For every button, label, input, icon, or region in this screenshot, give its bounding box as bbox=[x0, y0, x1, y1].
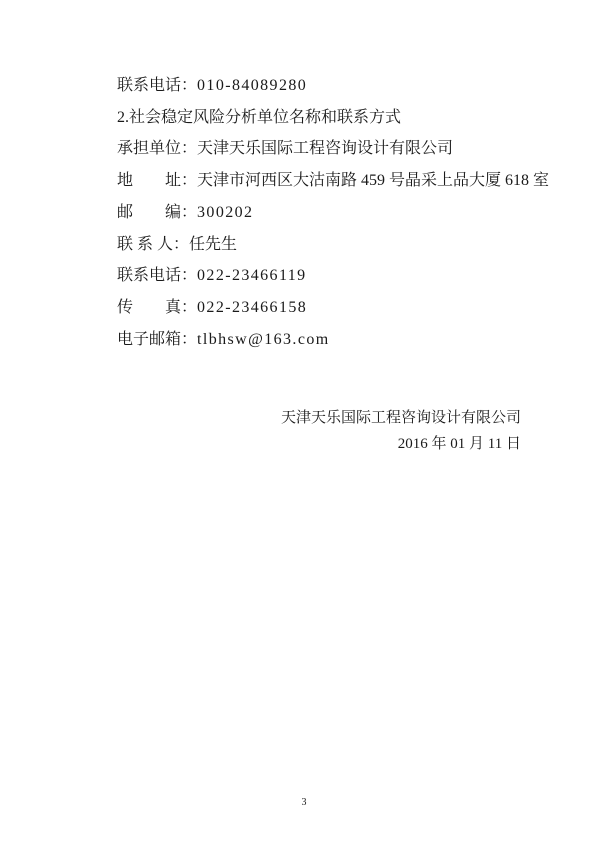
field-row-email: 电子邮箱：tlbhsw@163.com bbox=[117, 324, 557, 356]
field-value: 010-84089280 bbox=[197, 77, 307, 94]
signature-date: 2016 年 01 月 11 日 bbox=[281, 431, 521, 457]
field-row-contact-person: 联 系 人：任先生 bbox=[117, 229, 557, 261]
signature-block: 天津天乐国际工程咨询设计有限公司 2016 年 01 月 11 日 bbox=[281, 405, 521, 457]
field-row-company: 承担单位：天津天乐国际工程咨询设计有限公司 bbox=[117, 133, 557, 165]
field-row-phone-top: 联系电话：010-84089280 bbox=[117, 70, 557, 102]
signature-company: 天津天乐国际工程咨询设计有限公司 bbox=[281, 405, 521, 431]
field-label: 承担单位： bbox=[117, 140, 197, 157]
field-row-phone: 联系电话：022-23466119 bbox=[117, 260, 557, 292]
field-row-address: 地 址：天津市河西区大沽南路 459 号晶采上品大厦 618 室 bbox=[117, 165, 557, 197]
field-value: 300202 bbox=[197, 204, 253, 221]
field-label: 联系电话： bbox=[117, 77, 197, 94]
field-label: 联系电话： bbox=[117, 267, 197, 284]
field-row-fax: 传 真：022-23466158 bbox=[117, 292, 557, 324]
section-heading: 2.社会稳定风险分析单位名称和联系方式 bbox=[117, 102, 557, 134]
field-value: 022-23466158 bbox=[197, 299, 307, 316]
page-footer: 3 bbox=[0, 797, 608, 809]
field-label: 联 系 人： bbox=[117, 236, 189, 253]
field-row-postcode: 邮 编：300202 bbox=[117, 197, 557, 229]
field-label: 传 真： bbox=[117, 299, 197, 316]
contact-info-section: 联系电话：010-84089280 2.社会稳定风险分析单位名称和联系方式 承担… bbox=[117, 70, 557, 355]
field-value: 022-23466119 bbox=[197, 267, 307, 284]
field-label: 邮 编： bbox=[117, 204, 197, 221]
field-value: 天津市河西区大沽南路 459 号晶采上品大厦 618 室 bbox=[197, 172, 549, 189]
field-value: tlbhsw@163.com bbox=[197, 331, 330, 348]
page-number: 3 bbox=[302, 797, 307, 808]
document-page: 联系电话：010-84089280 2.社会稳定风险分析单位名称和联系方式 承担… bbox=[0, 0, 608, 862]
field-label: 地 址： bbox=[117, 172, 197, 189]
field-value: 任先生 bbox=[189, 236, 237, 253]
field-label: 电子邮箱： bbox=[117, 331, 197, 348]
field-value: 天津天乐国际工程咨询设计有限公司 bbox=[197, 140, 453, 157]
